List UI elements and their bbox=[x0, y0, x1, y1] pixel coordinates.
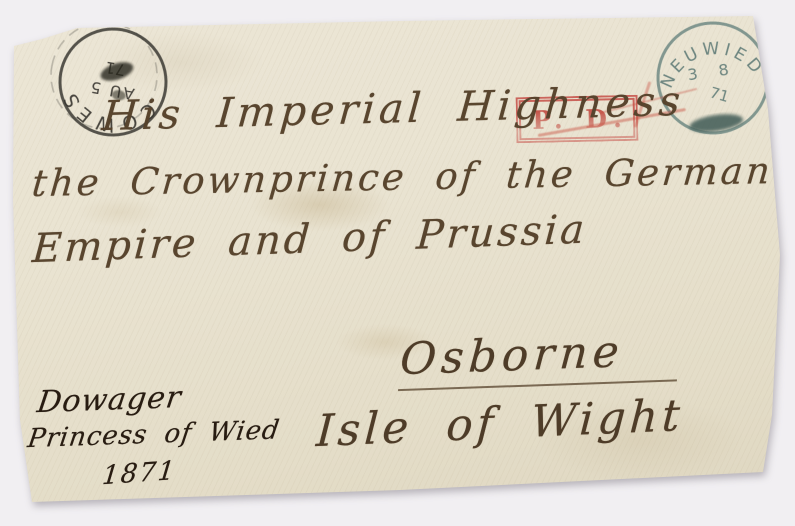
scanned-cover-background: COWES AU 5 71 NEUWIED 3 8 71 bbox=[0, 0, 795, 526]
neuwied-postmark-year: 71 bbox=[708, 83, 731, 106]
ink-blob bbox=[98, 59, 135, 85]
envelope-front: COWES AU 5 71 NEUWIED 3 8 71 bbox=[0, 0, 795, 526]
neuwied-postmark-date: 3 8 bbox=[686, 59, 738, 85]
address-line-3: Empire and of Prussia bbox=[31, 207, 589, 273]
annotation-year: 1871 bbox=[101, 456, 178, 491]
cowes-postmark: COWES AU 5 71 bbox=[26, 0, 200, 169]
annotation-line-2: Princess of Wied bbox=[26, 415, 282, 454]
address-line-2: the Crownprince of the German bbox=[30, 149, 774, 205]
neuwied-postmark-smudge bbox=[688, 111, 744, 134]
annotation-line-1: Dowager bbox=[35, 380, 184, 420]
address-place: Osborne bbox=[398, 324, 681, 391]
cowes-postmark-year: 71 bbox=[104, 58, 127, 80]
envelope-shadow: COWES AU 5 71 NEUWIED 3 8 71 bbox=[0, 0, 795, 526]
address-region: Isle of Wight bbox=[315, 390, 685, 457]
